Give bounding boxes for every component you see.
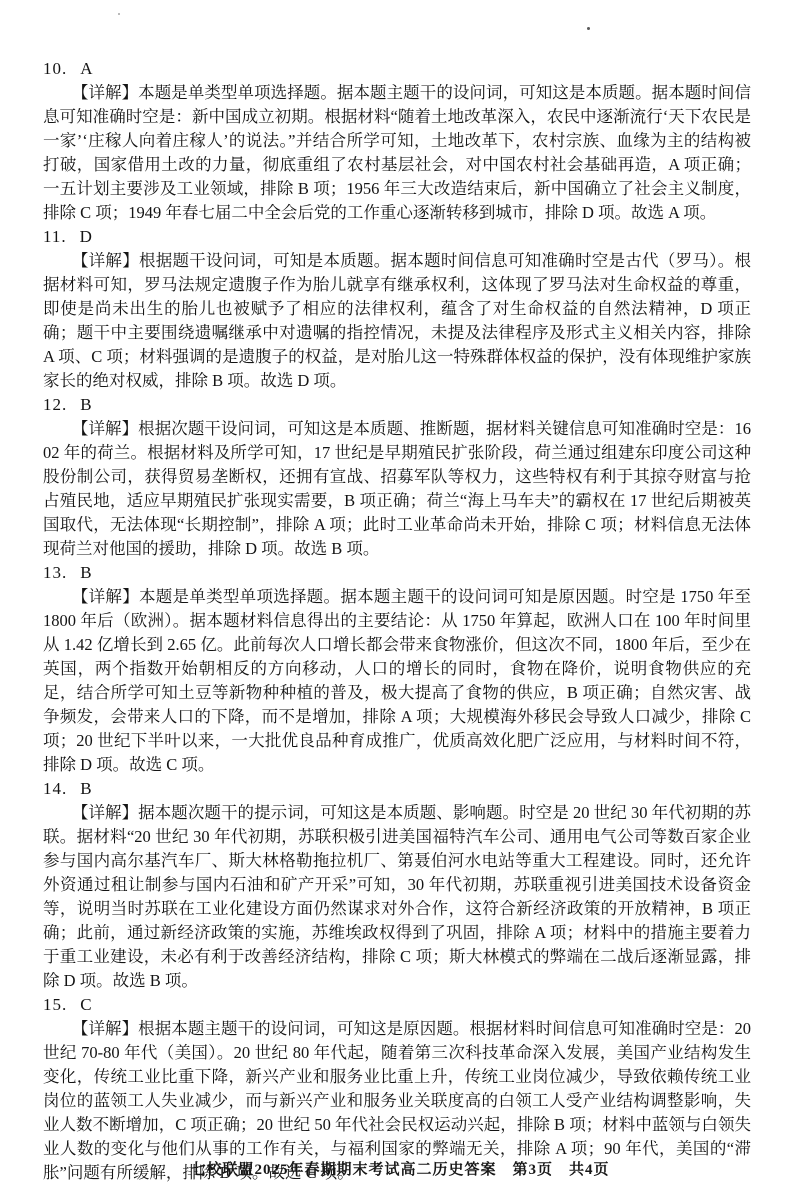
question-number: 10. (43, 59, 67, 78)
answer-block-12: 12.B 【详解】根据次题干设问词，可知这是本质题、推断题，据材料关键信息可知准… (43, 393, 751, 561)
answer-choice: A (80, 59, 92, 78)
answer-block-10: 10.A 【详解】本题是单类型单项选择题。据本题主题干的设问词，可知这是本质题。… (43, 57, 751, 225)
answer-choice: C (80, 995, 91, 1014)
answer-head: 14.B (43, 777, 751, 801)
answer-block-13: 13.B 【详解】本题是单类型单项选择题。据本题主题干的设问词可知是原因题。时空… (43, 561, 751, 777)
question-number: 11. (43, 227, 67, 246)
scan-artifact-dot (118, 13, 120, 15)
answer-detail: 【详解】据本题次题干的提示词，可知这是本质题、影响题。时空是 20 世纪 30 … (43, 801, 751, 993)
answer-detail: 【详解】根据题干设问词，可知是本质题。据本题时间信息可知准确时空是古代（罗马）。… (43, 249, 751, 393)
answer-head: 15.C (43, 993, 751, 1017)
answer-block-11: 11.D 【详解】根据题干设问词，可知是本质题。据本题时间信息可知准确时空是古代… (43, 225, 751, 393)
answer-detail: 【详解】本题是单类型单项选择题。据本题主题干的设问词，可知这是本质题。据本题时间… (43, 81, 751, 225)
question-number: 14. (43, 779, 67, 798)
answer-choice: D (80, 227, 92, 246)
question-number: 15. (43, 995, 67, 1014)
answer-choice: B (80, 779, 91, 798)
answer-head: 13.B (43, 561, 751, 585)
answer-head: 12.B (43, 393, 751, 417)
answer-detail: 【详解】根据次题干设问词，可知这是本质题、推断题，据材料关键信息可知准确时空是：… (43, 417, 751, 561)
answer-choice: B (80, 563, 91, 582)
answer-detail: 【详解】本题是单类型单项选择题。据本题主题干的设问词可知是原因题。时空是 175… (43, 585, 751, 777)
answer-choice: B (80, 395, 91, 414)
scan-artifact-dot (587, 27, 590, 30)
question-number: 13. (43, 563, 67, 582)
answer-key-body: 10.A 【详解】本题是单类型单项选择题。据本题主题干的设问词，可知这是本质题。… (43, 57, 751, 1185)
answer-head: 10.A (43, 57, 751, 81)
answer-block-14: 14.B 【详解】据本题次题干的提示词，可知这是本质题、影响题。时空是 20 世… (43, 777, 751, 993)
document-page: 10.A 【详解】本题是单类型单项选择题。据本题主题干的设问词，可知这是本质题。… (0, 0, 800, 1194)
answer-block-15: 15.C 【详解】根据本题主题干的设问词，可知这是原因题。根据材料时间信息可知准… (43, 993, 751, 1185)
answer-head: 11.D (43, 225, 751, 249)
page-footer: 七校联盟2025年春期期末考试高二历史答案 第3页 共4页 (0, 1158, 800, 1179)
question-number: 12. (43, 395, 67, 414)
